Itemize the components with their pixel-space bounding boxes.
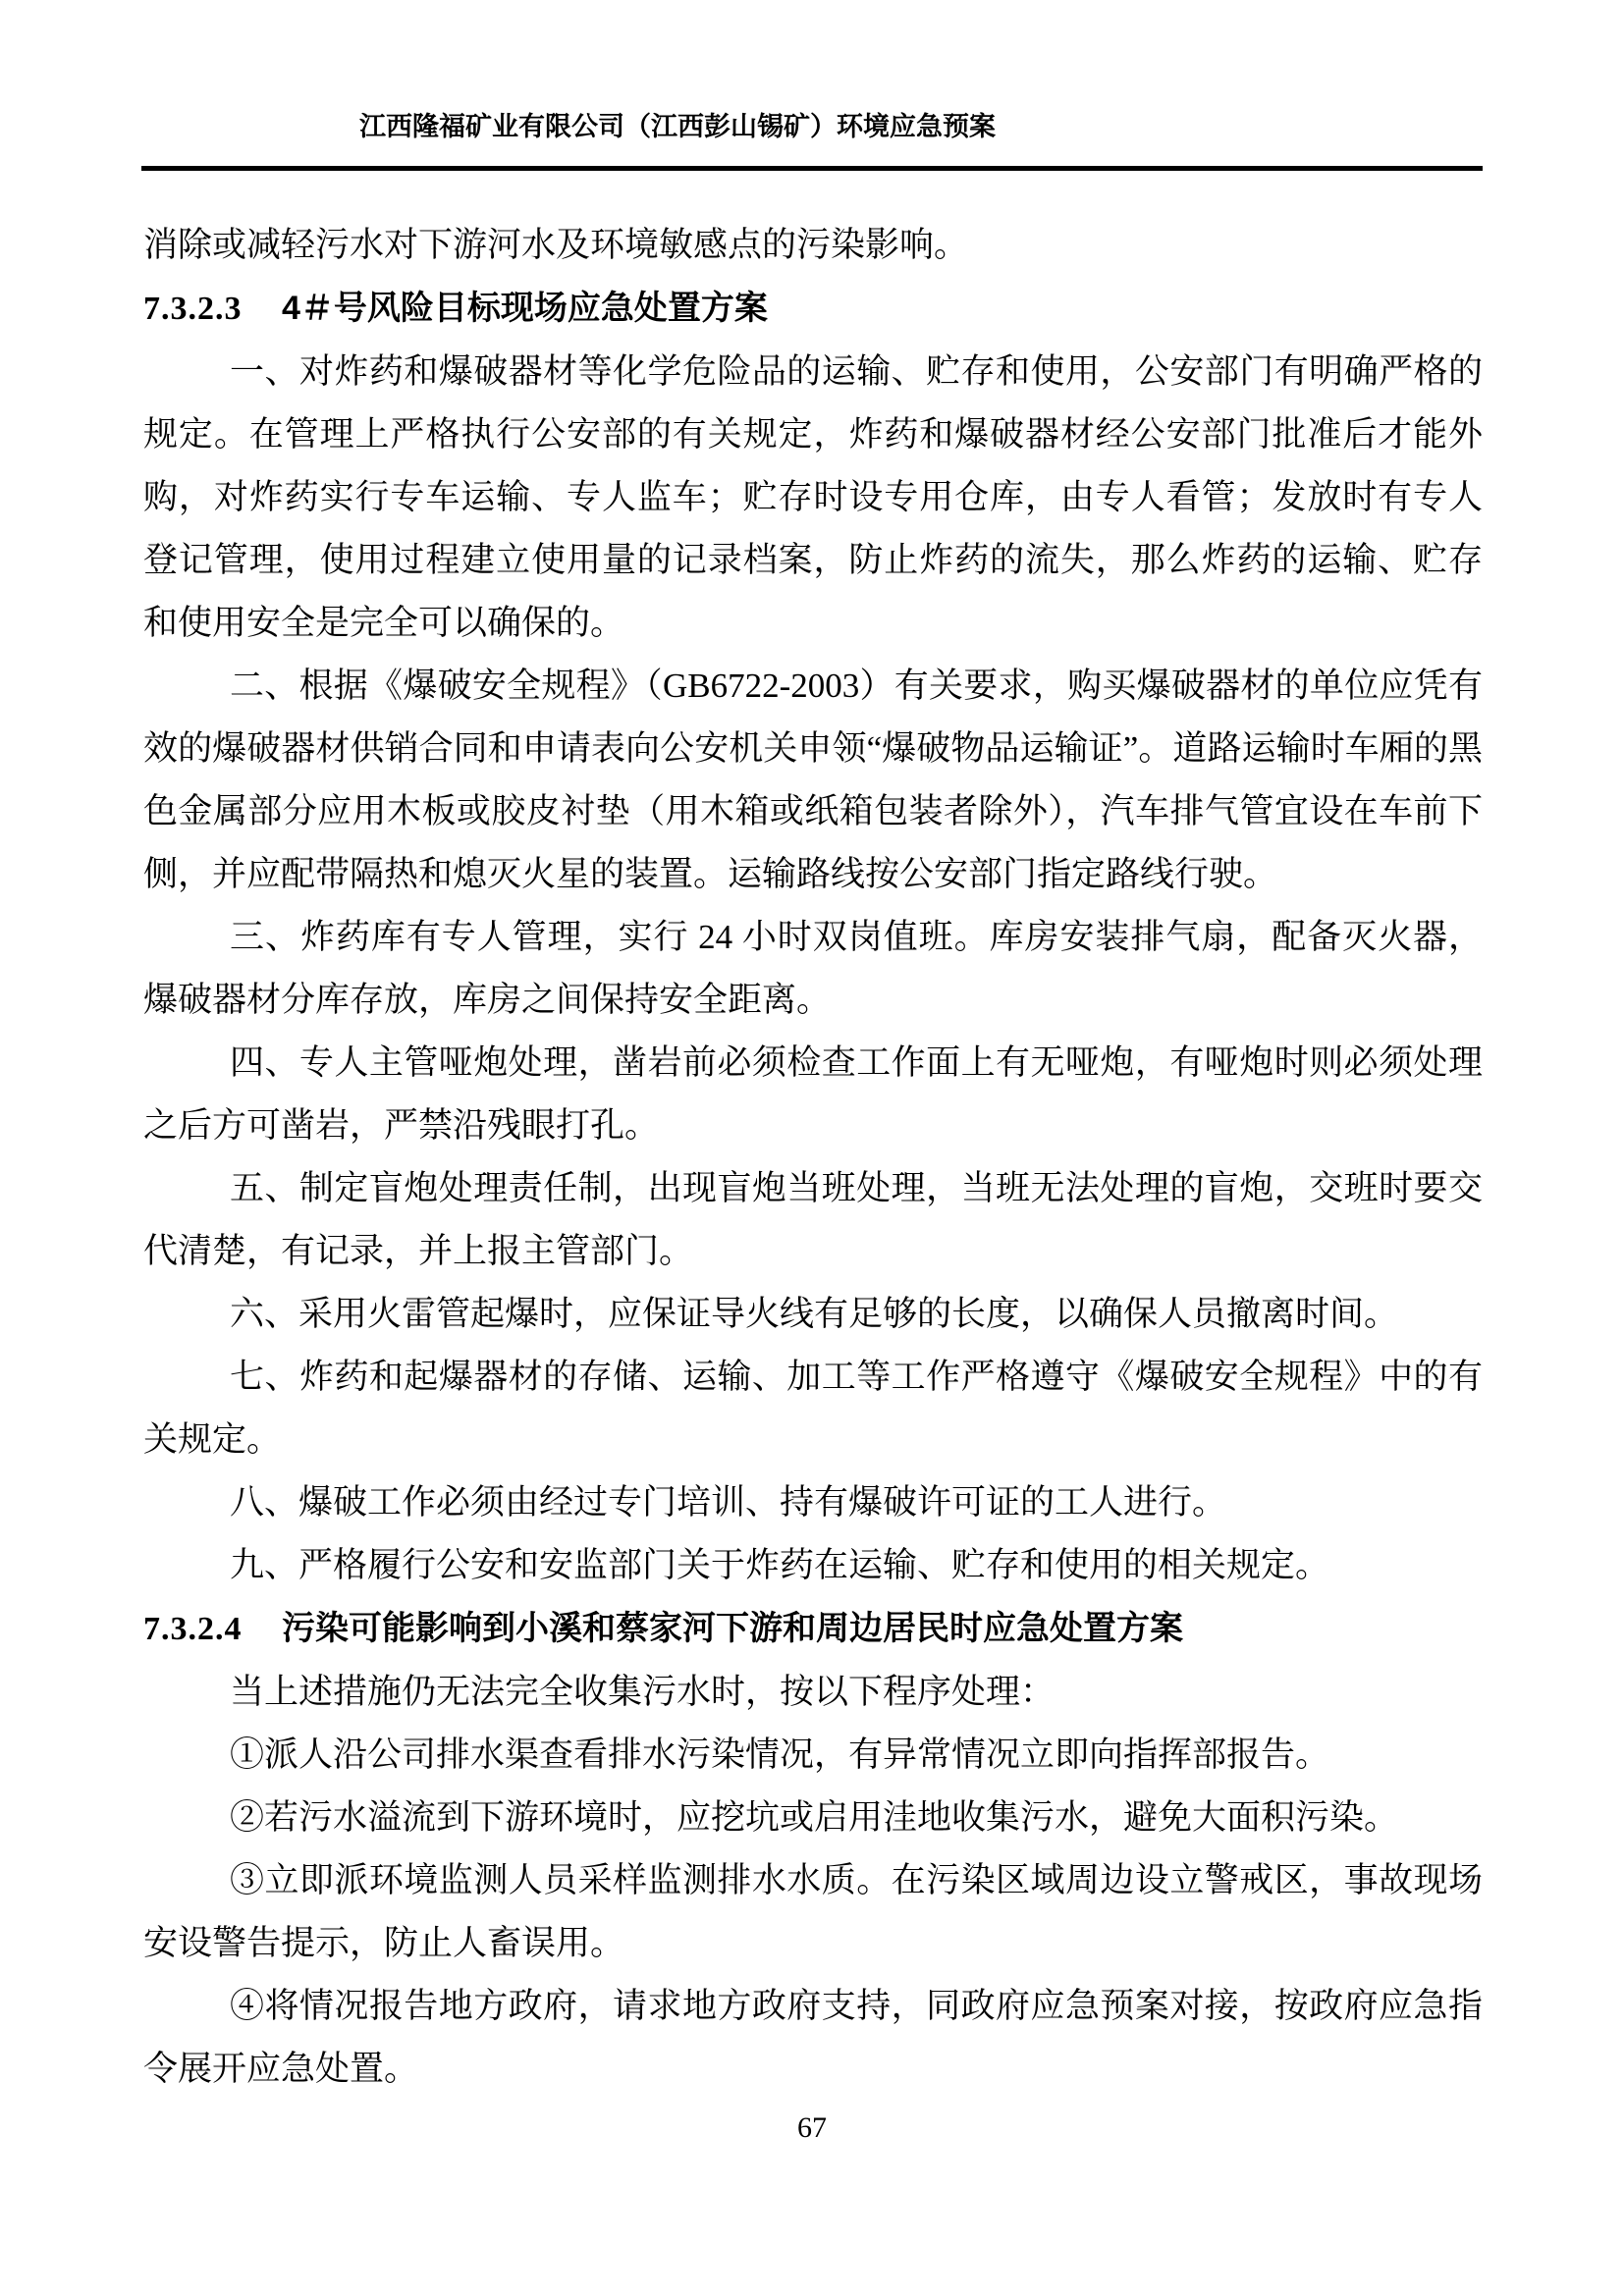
body-paragraph: 五、制定盲炮处理责任制，出现盲炮当班处理，当班无法处理的盲炮，交班时要交代清楚，… [143, 1157, 1483, 1283]
body-paragraph: 三、炸药库有专人管理，实行 24 小时双岗值班。库房安装排气扇，配备灭火器，爆破… [143, 906, 1483, 1032]
document-page: 江西隆福矿业有限公司（江西彭山锡矿）环境应急预案 消除或减轻污水对下游河水及环境… [0, 0, 1624, 2296]
document-body: 消除或减轻污水对下游河水及环境敏感点的污染影响。 7.3.2.3 4＃号风险目标… [0, 214, 1624, 2101]
body-paragraph: ③立即派环境监测人员采样监测排水水质。在污染区域周边设立警戒区，事故现场安设警告… [143, 1849, 1483, 1975]
intro-paragraph: 消除或减轻污水对下游河水及环境敏感点的污染影响。 [143, 214, 1483, 277]
header-title: 江西隆福矿业有限公司（江西彭山锡矿）环境应急预案 [359, 112, 996, 141]
section-heading-7-3-2-3: 7.3.2.3 4＃号风险目标现场应急处置方案 [143, 277, 1483, 341]
body-paragraph: 八、爆破工作必须由经过专门培训、持有爆破许可证的工人进行。 [143, 1471, 1483, 1534]
page-footer: 67 [141, 2109, 1483, 2148]
body-paragraph: 九、严格履行公安和安监部门关于炸药在运输、贮存和使用的相关规定。 [143, 1534, 1483, 1597]
body-paragraph: ②若污水溢流到下游环境时，应挖坑或启用洼地收集污水，避免大面积污染。 [143, 1787, 1483, 1849]
section-number: 7.3.2.3 [143, 291, 243, 327]
section-number: 7.3.2.4 [143, 1611, 243, 1647]
section-heading-7-3-2-4: 7.3.2.4 污染可能影响到小溪和蔡家河下游和周边居民时应急处置方案 [143, 1597, 1483, 1661]
body-paragraph: ①派人沿公司排水渠查看排水污染情况，有异常情况立即向指挥部报告。 [143, 1724, 1483, 1787]
body-paragraph: 当上述措施仍无法完全收集污水时，按以下程序处理： [143, 1661, 1483, 1724]
body-paragraph: 七、炸药和起爆器材的存储、运输、加工等工作严格遵守《爆破安全规程》中的有关规定。 [143, 1346, 1483, 1471]
body-paragraph: 六、采用火雷管起爆时，应保证导火线有足够的长度，以确保人员撤离时间。 [143, 1283, 1483, 1346]
page-number: 67 [797, 2111, 827, 2144]
body-paragraph: 一、对炸药和爆破器材等化学危险品的运输、贮存和使用，公安部门有明确严格的规定。在… [143, 341, 1483, 655]
body-paragraph: ④将情况报告地方政府，请求地方政府支持，同政府应急预案对接，按政府应急指令展开应… [143, 1975, 1483, 2101]
document-header: 江西隆福矿业有限公司（江西彭山锡矿）环境应急预案 [0, 0, 1624, 150]
header-divider [141, 166, 1483, 171]
body-paragraph: 二、根据《爆破安全规程》（GB6722-2003）有关要求，购买爆破器材的单位应… [143, 655, 1483, 906]
section-title: 4＃号风险目标现场应急处置方案 [282, 290, 768, 327]
body-paragraph: 四、专人主管哑炮处理，凿岩前必须检查工作面上有无哑炮，有哑炮时则必须处理之后方可… [143, 1032, 1483, 1157]
section-title: 污染可能影响到小溪和蔡家河下游和周边居民时应急处置方案 [282, 1610, 1183, 1647]
